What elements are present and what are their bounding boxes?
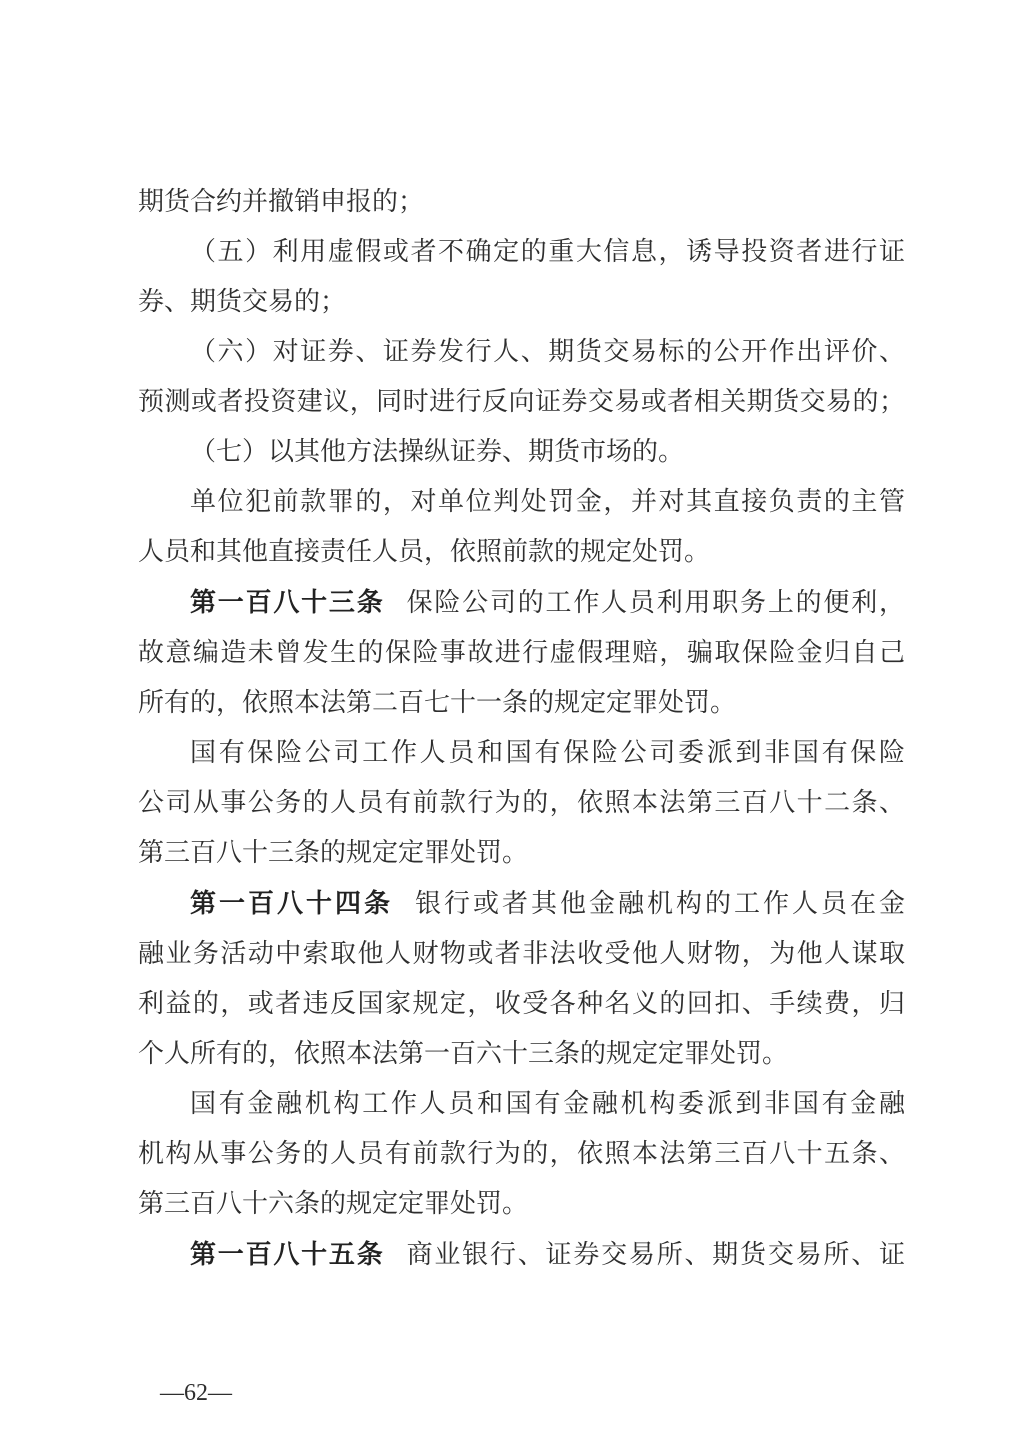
line-text: 银行或者其他金融机构的工作人员在金 xyxy=(415,889,905,918)
line-text: （七）以其他方法操纵证券、期货市场的。 xyxy=(190,437,684,466)
text-line: 个人所有的，依照本法第一百六十三条的规定定罪处罚。 xyxy=(138,1029,905,1079)
line-text: 商业银行、证券交易所、期货交易所、证 xyxy=(407,1240,905,1269)
text-line: 预测或者投资建议，同时进行反向证券交易或者相关期货交易的； xyxy=(138,377,905,427)
text-line: 人员和其他直接责任人员，依照前款的规定处罚。 xyxy=(138,527,905,577)
text-line: 国有金融机构工作人员和国有金融机构委派到非国有金融 xyxy=(138,1079,905,1129)
article-heading-line: 第一百八十四条银行或者其他金融机构的工作人员在金 xyxy=(138,878,905,929)
text-line: （五）利用虚假或者不确定的重大信息，诱导投资者进行证 xyxy=(138,227,905,277)
line-text: （六）对证券、证券发行人、期货交易标的公开作出评价、 xyxy=(190,337,905,366)
article-number: 第一百八十三条 xyxy=(190,587,385,617)
article-number: 第一百八十四条 xyxy=(190,888,393,918)
document-page: 期货合约并撤销申报的；（五）利用虚假或者不确定的重大信息，诱导投资者进行证券、期… xyxy=(0,0,1024,1448)
page-footer: —62— xyxy=(160,1378,232,1408)
line-text: 期货合约并撤销申报的； xyxy=(138,187,424,216)
line-text: 保险公司的工作人员利用职务上的便利， xyxy=(407,588,905,617)
text-line: 期货合约并撤销申报的； xyxy=(138,177,905,227)
line-text: 个人所有的，依照本法第一百六十三条的规定定罪处罚。 xyxy=(138,1039,788,1068)
text-line: 故意编造未曾发生的保险事故进行虚假理赔，骗取保险金归自己 xyxy=(138,628,905,678)
text-line: 第三百八十三条的规定定罪处罚。 xyxy=(138,828,905,878)
line-text: 所有的，依照本法第二百七十一条的规定定罪处罚。 xyxy=(138,688,736,717)
line-text: 机构从事公务的人员有前款行为的，依照本法第三百八十五条、 xyxy=(138,1139,905,1168)
text-line: （七）以其他方法操纵证券、期货市场的。 xyxy=(138,427,905,477)
text-line: 利益的，或者违反国家规定，收受各种名义的回扣、手续费，归 xyxy=(138,979,905,1029)
article-heading-line: 第一百八十五条商业银行、证券交易所、期货交易所、证 xyxy=(138,1229,905,1280)
article-number: 第一百八十五条 xyxy=(190,1239,385,1269)
text-line: 融业务活动中索取他人财物或者非法收受他人财物，为他人谋取 xyxy=(138,929,905,979)
text-line: 第三百八十六条的规定定罪处罚。 xyxy=(138,1179,905,1229)
line-text: 单位犯前款罪的，对单位判处罚金，并对其直接负责的主管 xyxy=(190,487,905,516)
line-text: 公司从事公务的人员有前款行为的，依照本法第三百八十二条、 xyxy=(138,788,905,817)
line-text: 融业务活动中索取他人财物或者非法收受他人财物，为他人谋取 xyxy=(138,939,905,968)
line-text: 券、期货交易的； xyxy=(138,287,346,316)
article-heading-line: 第一百八十三条保险公司的工作人员利用职务上的便利， xyxy=(138,577,905,628)
line-text: （五）利用虚假或者不确定的重大信息，诱导投资者进行证 xyxy=(190,237,905,266)
line-text: 第三百八十三条的规定定罪处罚。 xyxy=(138,838,528,867)
text-line: （六）对证券、证券发行人、期货交易标的公开作出评价、 xyxy=(138,327,905,377)
text-line: 所有的，依照本法第二百七十一条的规定定罪处罚。 xyxy=(138,678,905,728)
line-text: 国有保险公司工作人员和国有保险公司委派到非国有保险 xyxy=(190,738,905,767)
document-body: 期货合约并撤销申报的；（五）利用虚假或者不确定的重大信息，诱导投资者进行证券、期… xyxy=(138,177,905,1280)
line-text: 利益的，或者违反国家规定，收受各种名义的回扣、手续费，归 xyxy=(138,989,905,1018)
line-text: 人员和其他直接责任人员，依照前款的规定处罚。 xyxy=(138,537,710,566)
text-line: 单位犯前款罪的，对单位判处罚金，并对其直接负责的主管 xyxy=(138,477,905,527)
line-text: 故意编造未曾发生的保险事故进行虚假理赔，骗取保险金归自己 xyxy=(138,638,905,667)
page-number: —62— xyxy=(160,1380,232,1406)
line-text: 预测或者投资建议，同时进行反向证券交易或者相关期货交易的； xyxy=(138,387,905,416)
line-text: 国有金融机构工作人员和国有金融机构委派到非国有金融 xyxy=(190,1089,905,1118)
line-text: 第三百八十六条的规定定罪处罚。 xyxy=(138,1189,528,1218)
text-line: 公司从事公务的人员有前款行为的，依照本法第三百八十二条、 xyxy=(138,778,905,828)
text-line: 券、期货交易的； xyxy=(138,277,905,327)
text-line: 机构从事公务的人员有前款行为的，依照本法第三百八十五条、 xyxy=(138,1129,905,1179)
text-line: 国有保险公司工作人员和国有保险公司委派到非国有保险 xyxy=(138,728,905,778)
